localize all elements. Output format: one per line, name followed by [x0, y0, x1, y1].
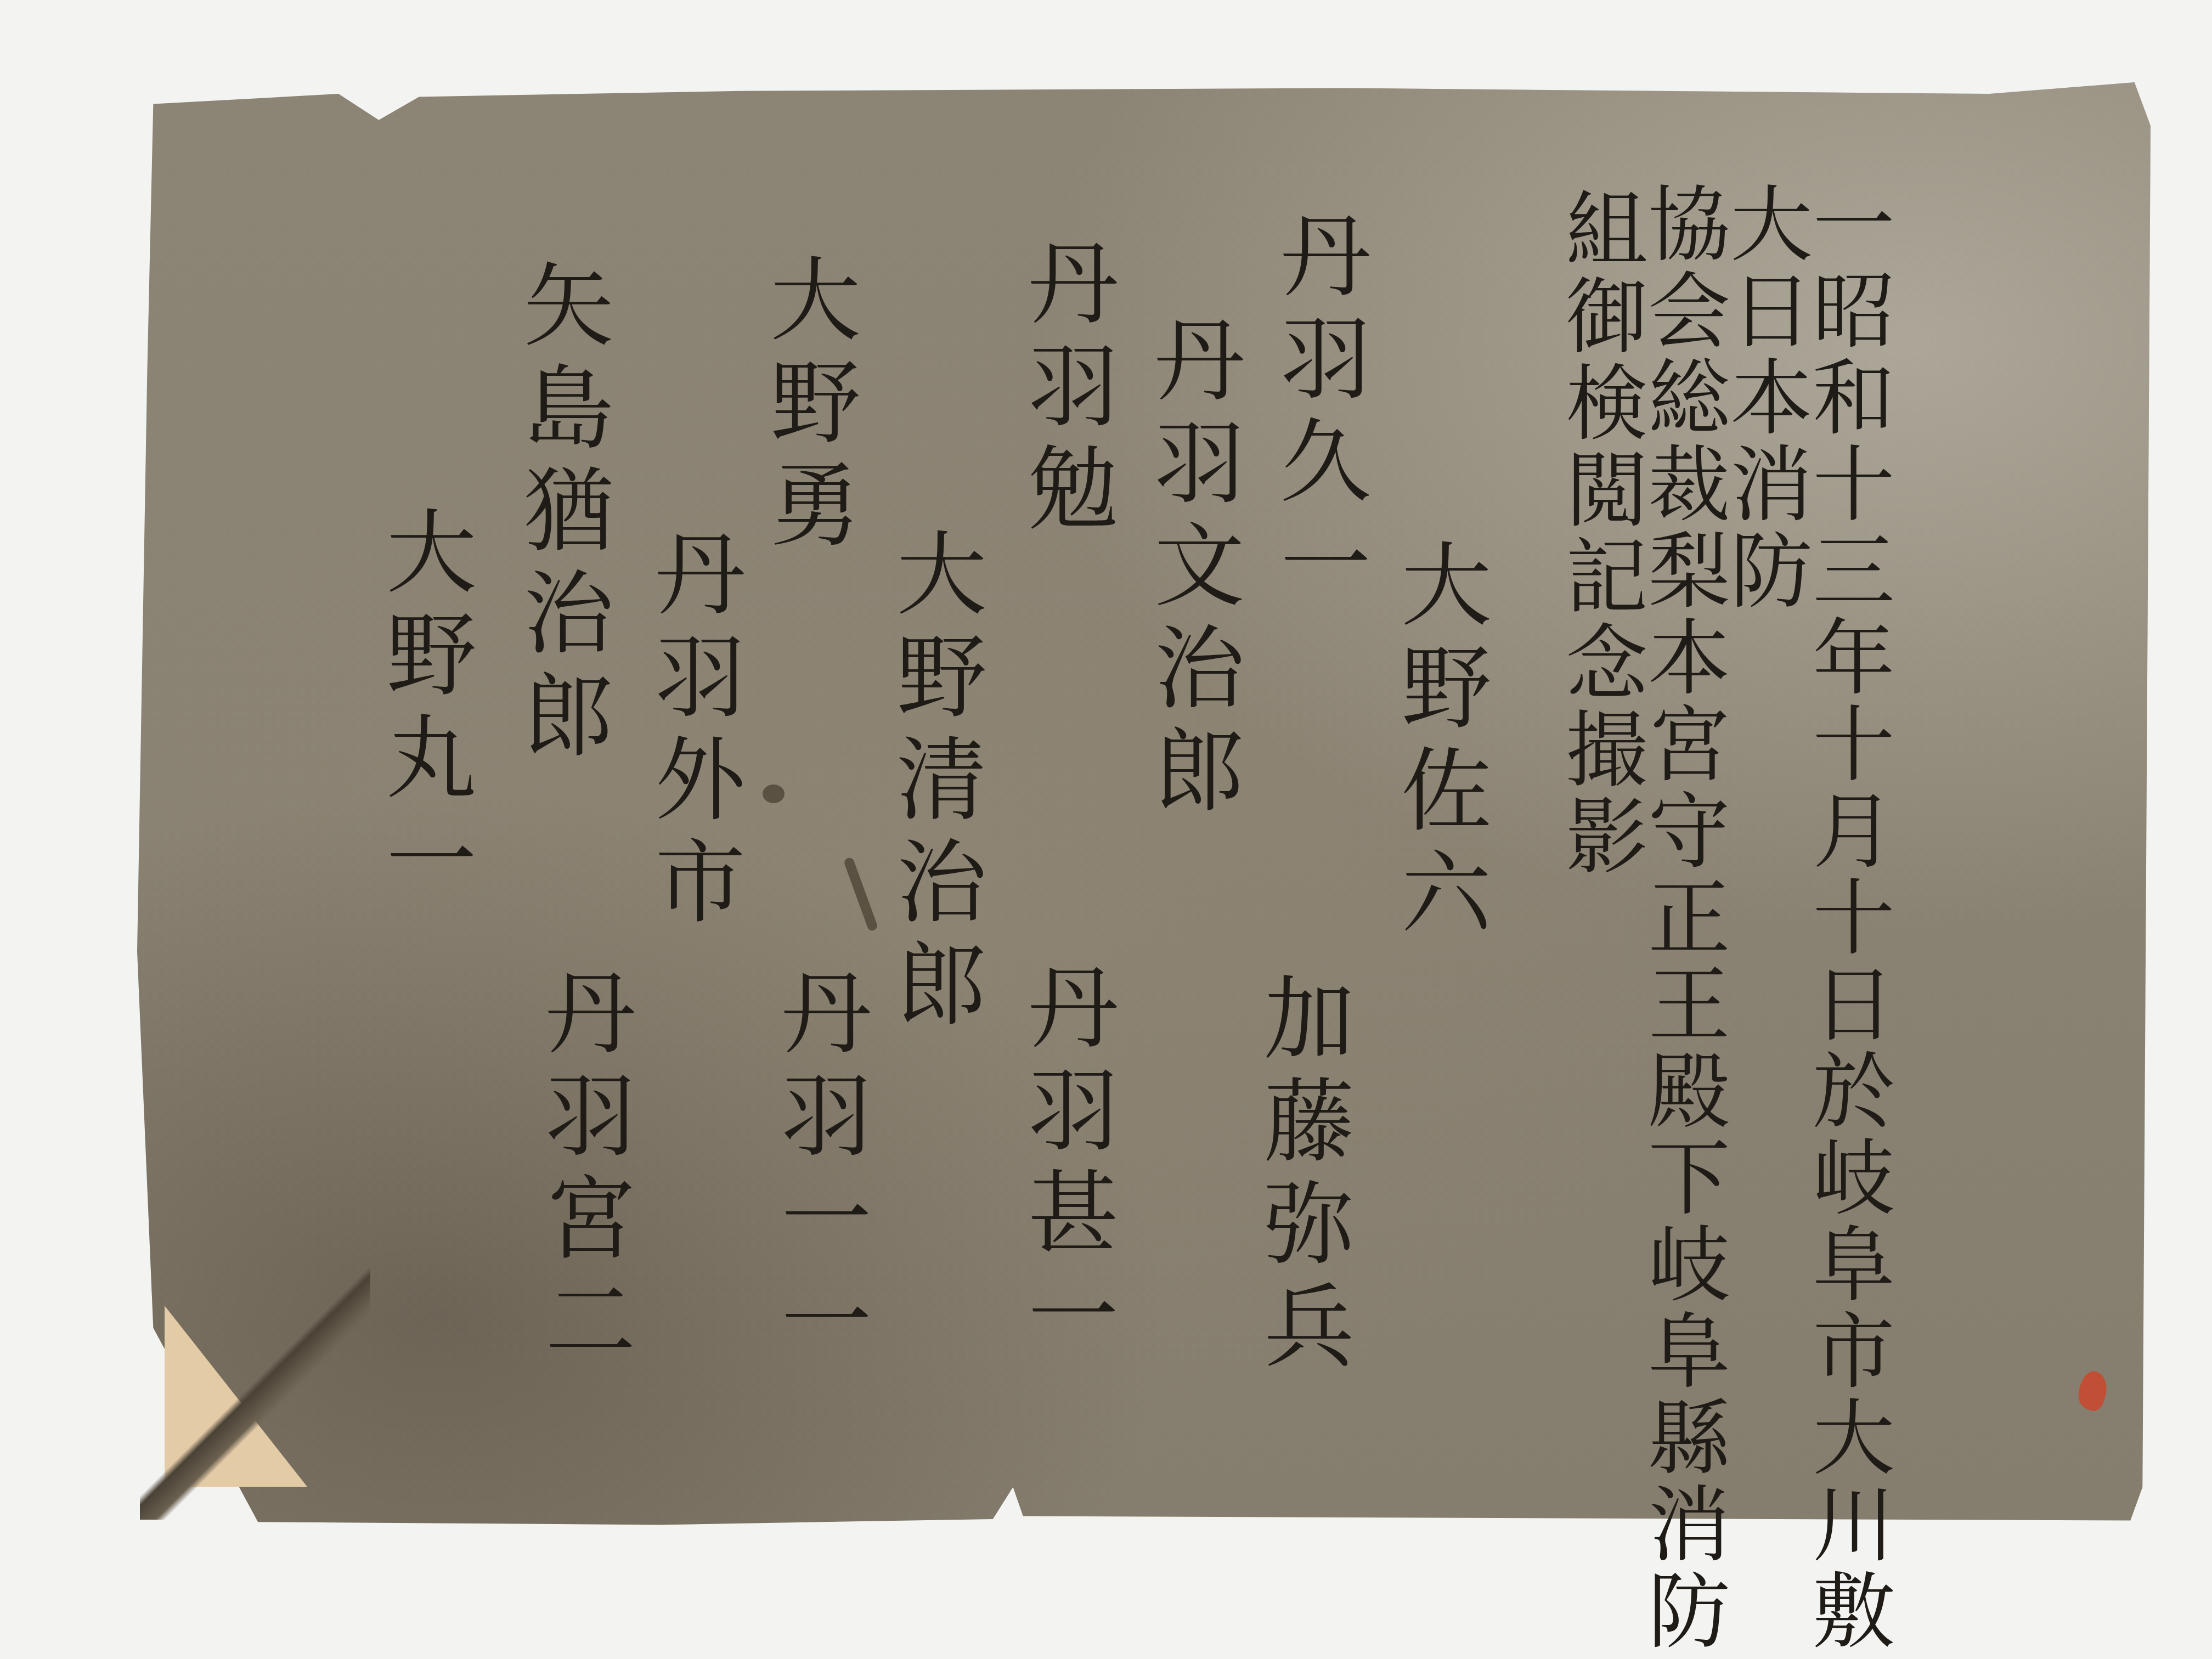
title-line-2: 協会総裁梨本宮守正王殿下岐阜縣消防 — [1640, 181, 1723, 1655]
name-niwa-miyaji: 丹羽宮二 — [538, 966, 628, 1376]
name-niwa-toichi: 丹羽外市 — [647, 527, 738, 937]
name-ono-seijiro: 大野清治郎 — [889, 527, 979, 1040]
name-niwa-bunjiro: 丹羽文治郎 — [1147, 313, 1237, 826]
name-niwa-kyuichi: 丹羽久一 — [1273, 208, 1363, 619]
name-yajima-naojiro: 矢島猶治郎 — [516, 258, 606, 771]
name-niwa-jinichi: 丹羽甚一 — [1020, 960, 1111, 1370]
name-niwa-kazuichi: 丹羽一一 — [774, 966, 864, 1376]
name-ono-saroku: 大野佐六 — [1393, 538, 1484, 948]
title-line-3: 組御検閲記念撮影 — [1558, 187, 1640, 880]
name-kato-yahei: 加藤弥兵 — [1256, 971, 1347, 1381]
title-line-1: 一昭和十三年十月十日於岐阜市大川敷大日本消防 — [1723, 181, 1887, 1659]
name-niwa-tsutomu: 丹羽勉 — [1020, 236, 1111, 544]
name-ono-isamu: 大野勇 — [763, 252, 853, 560]
name-ono-maruichi: 大野丸一 — [379, 505, 469, 915]
ink-stain — [763, 785, 785, 803]
